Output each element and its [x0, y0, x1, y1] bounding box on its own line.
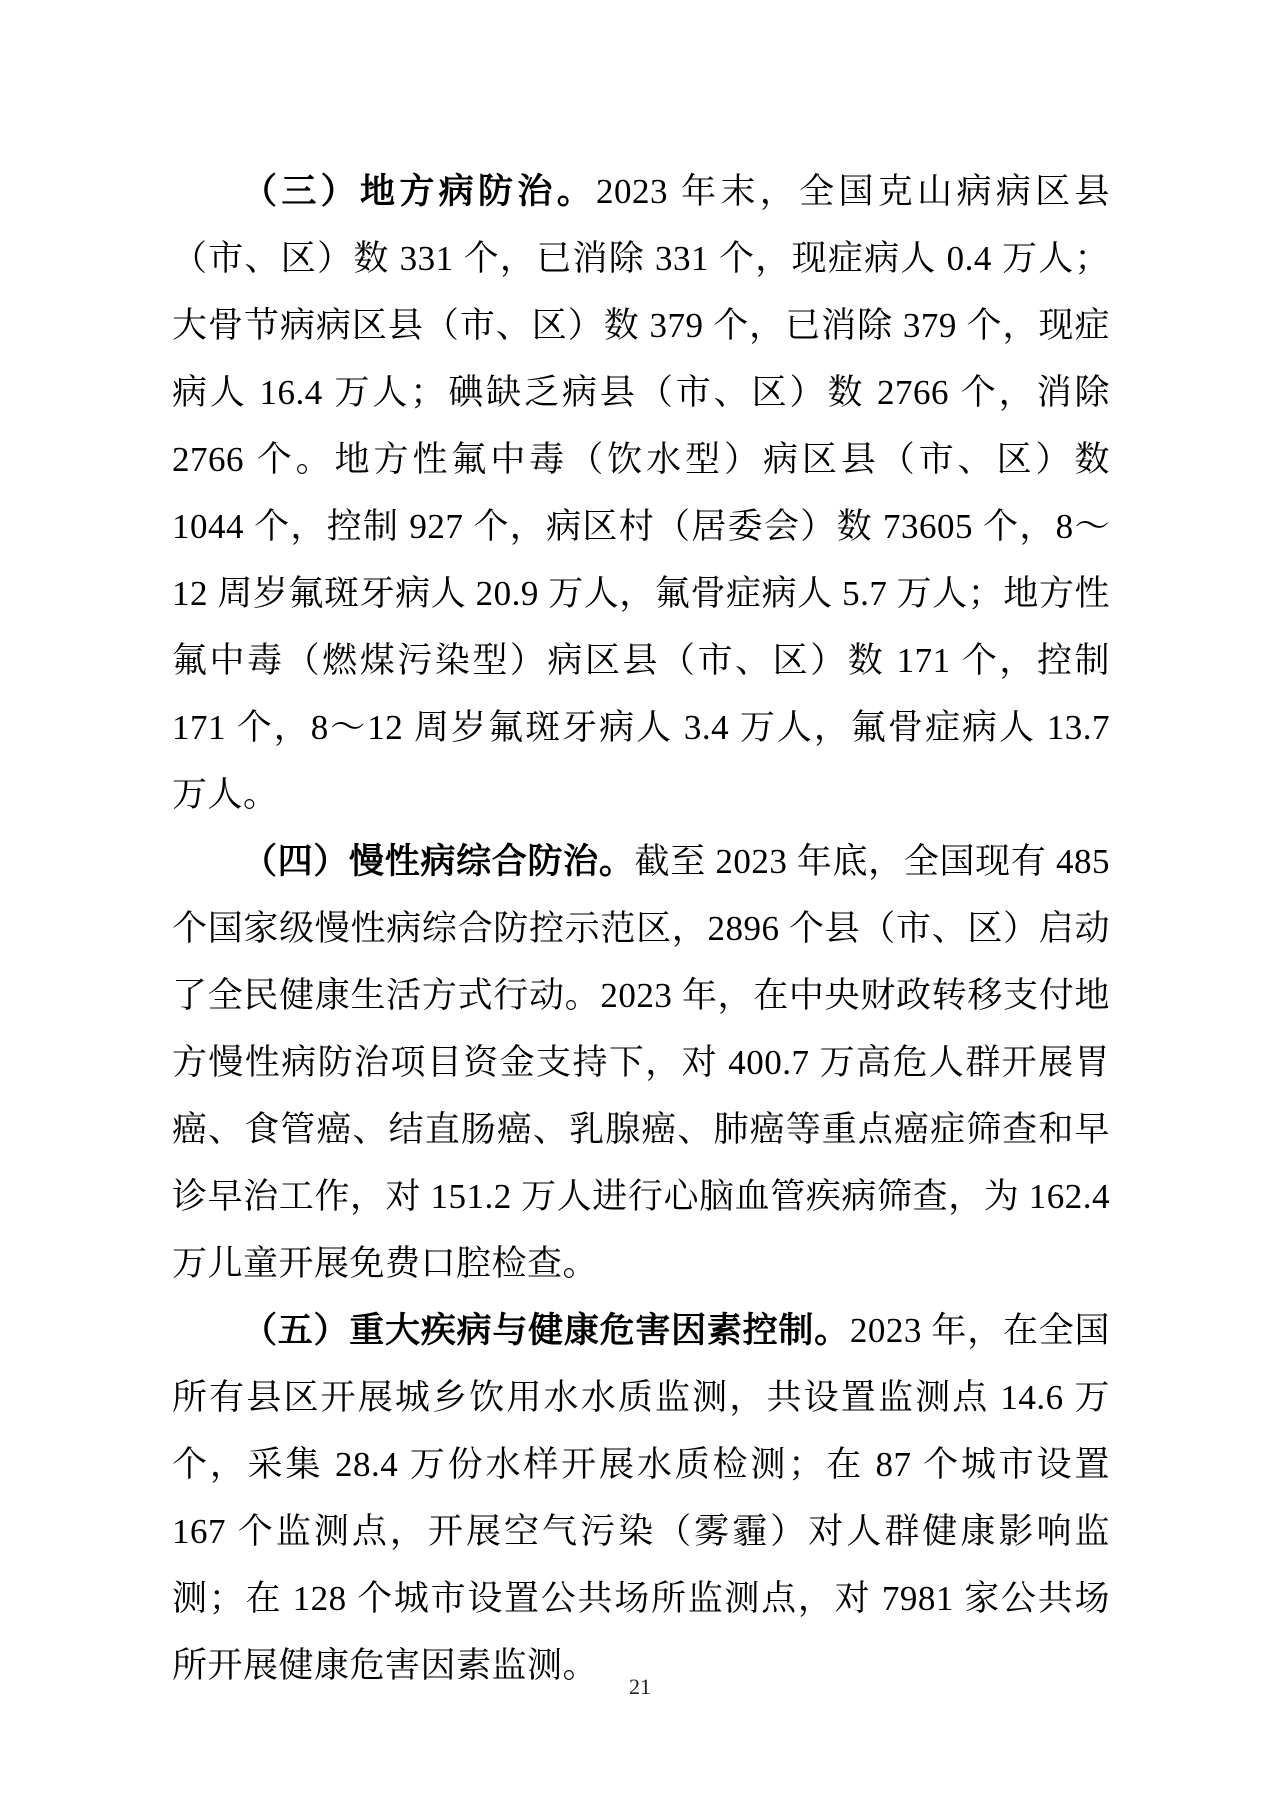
paragraph-text: 截至 2023 年底，全国现有 485 个国家级慢性病综合防控示范区，2896 …: [172, 842, 1110, 1283]
page-footer: 21: [0, 1672, 1280, 1702]
paragraph-heading: （五）重大疾病与健康危害因素控制。: [242, 1311, 850, 1350]
paragraph-endemic-disease-control: （三）地方病防治。2023 年末，全国克山病病区县（市、区）数 331 个，已消…: [172, 158, 1110, 828]
paragraph-major-disease-health-hazard-control: （五）重大疾病与健康危害因素控制。2023 年，在全国所有县区开展城乡饮用水水质…: [172, 1297, 1110, 1699]
document-page: （三）地方病防治。2023 年末，全国克山病病区县（市、区）数 331 个，已消…: [0, 0, 1280, 1810]
paragraph-heading: （三）地方病防治。: [242, 172, 596, 211]
document-body: （三）地方病防治。2023 年末，全国克山病病区县（市、区）数 331 个，已消…: [172, 158, 1110, 1699]
page-number: 21: [629, 1674, 651, 1699]
paragraph-chronic-disease-control: （四）慢性病综合防治。截至 2023 年底，全国现有 485 个国家级慢性病综合…: [172, 828, 1110, 1297]
paragraph-text: 2023 年，在全国所有县区开展城乡饮用水水质监测，共设置监测点 14.6 万个…: [172, 1311, 1110, 1685]
paragraph-text: 2023 年末，全国克山病病区县（市、区）数 331 个，已消除 331 个，现…: [172, 172, 1110, 814]
paragraph-heading: （四）慢性病综合防治。: [242, 842, 635, 881]
